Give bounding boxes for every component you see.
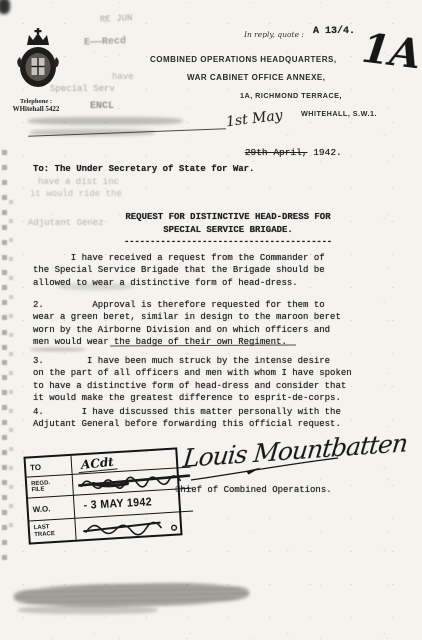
stamp-label-wo: W.O. bbox=[28, 496, 75, 522]
bleedthrough-fragment: it would ride the bbox=[30, 189, 122, 199]
binding-marks bbox=[2, 150, 7, 570]
reply-quote-label: In reply, quote : bbox=[244, 30, 304, 39]
handwritten-date-correction: 1st May bbox=[225, 108, 283, 131]
reply-quote-value: A 13/4. bbox=[313, 26, 355, 37]
registry-stamp-box: TO ACdt REGD. FILE W.O. - 3 MAY 1942 LAS… bbox=[23, 447, 182, 544]
scan-smudge-band-2 bbox=[18, 606, 158, 614]
bleedthrough-smudge-1 bbox=[28, 117, 183, 125]
bleedthrough-fragment: have a dist inc bbox=[38, 177, 119, 187]
stamp-value-to-handwriting: ACdt bbox=[77, 454, 117, 473]
illegible-scrawl-icon bbox=[81, 514, 182, 538]
body-paragraph-3: 3. I have been much struck by the intens… bbox=[33, 355, 352, 405]
date-received-stamp: - 3 MAY 1942 bbox=[83, 496, 152, 512]
binding-marks-2 bbox=[9, 200, 13, 530]
bleedthrough-fragment: ENCL bbox=[90, 101, 114, 112]
telephone-block: Telephone : WHitehall 5422 bbox=[0, 98, 72, 113]
stamp-label-regd-file: REGD. FILE bbox=[27, 475, 74, 499]
stamp-label-last-trace: LAST TRACE bbox=[29, 519, 76, 543]
typed-date-year: 1942. bbox=[308, 147, 342, 158]
bleedthrough-fragment: have bbox=[112, 72, 134, 82]
telephone-label: Telephone : bbox=[0, 98, 72, 105]
stamp-label-file: FILE bbox=[31, 487, 44, 494]
bleedthrough-fragment: Special Serv bbox=[50, 84, 115, 94]
letterhead-line-3: 1A, RICHMOND TERRACE, bbox=[240, 91, 342, 100]
bleedthrough-fragment: Adjutant Genez bbox=[28, 218, 104, 228]
scan-corner-blemish bbox=[0, 0, 10, 14]
body-paragraph-1: I have received a request from the Comma… bbox=[33, 252, 325, 289]
bleedthrough-fragment: RE JUN bbox=[100, 13, 133, 25]
handwritten-corner-mark: 1A bbox=[359, 25, 422, 79]
subject-line-1: REQUEST FOR DISTINCTIVE HEAD-DRESS FOR bbox=[125, 211, 330, 223]
subject-underline-dashes: ---------------------------------------- bbox=[112, 236, 344, 248]
letterhead-line-4: WHITEHALL, S.W.1. bbox=[301, 109, 377, 118]
body-paragraph-2: 2. Approval is therefore requested for t… bbox=[33, 299, 341, 349]
telephone-number: WHitehall 5422 bbox=[0, 105, 72, 113]
signature-title: Chief of Combined Operations. bbox=[175, 484, 332, 496]
scan-smudge-band bbox=[14, 582, 249, 608]
scanned-letter-page: Telephone : WHitehall 5422 In reply, quo… bbox=[0, 0, 422, 640]
subject-line-2: SPECIAL SERVICE BRIGADE. bbox=[112, 224, 344, 236]
letterhead-line-1: COMBINED OPERATIONS HEADQUARTERS, bbox=[150, 55, 337, 64]
body-paragraph-4: 4. I have discussed this matter personal… bbox=[33, 406, 341, 431]
royal-crest-icon bbox=[14, 28, 62, 92]
signature-flourish bbox=[188, 452, 343, 484]
stamp-label-trace: TRACE bbox=[34, 531, 55, 539]
typed-date-struck: 29th April, bbox=[245, 147, 308, 158]
letterhead-line-2: WAR CABINET OFFICE ANNEXE, bbox=[187, 73, 325, 82]
subject-block: REQUEST FOR DISTINCTIVE HEAD-DRESS FOR S… bbox=[112, 206, 344, 249]
bleedthrough-fragment: E――Recd bbox=[84, 36, 126, 48]
recipient-line: To: The Under Secretary of State for War… bbox=[33, 163, 254, 175]
